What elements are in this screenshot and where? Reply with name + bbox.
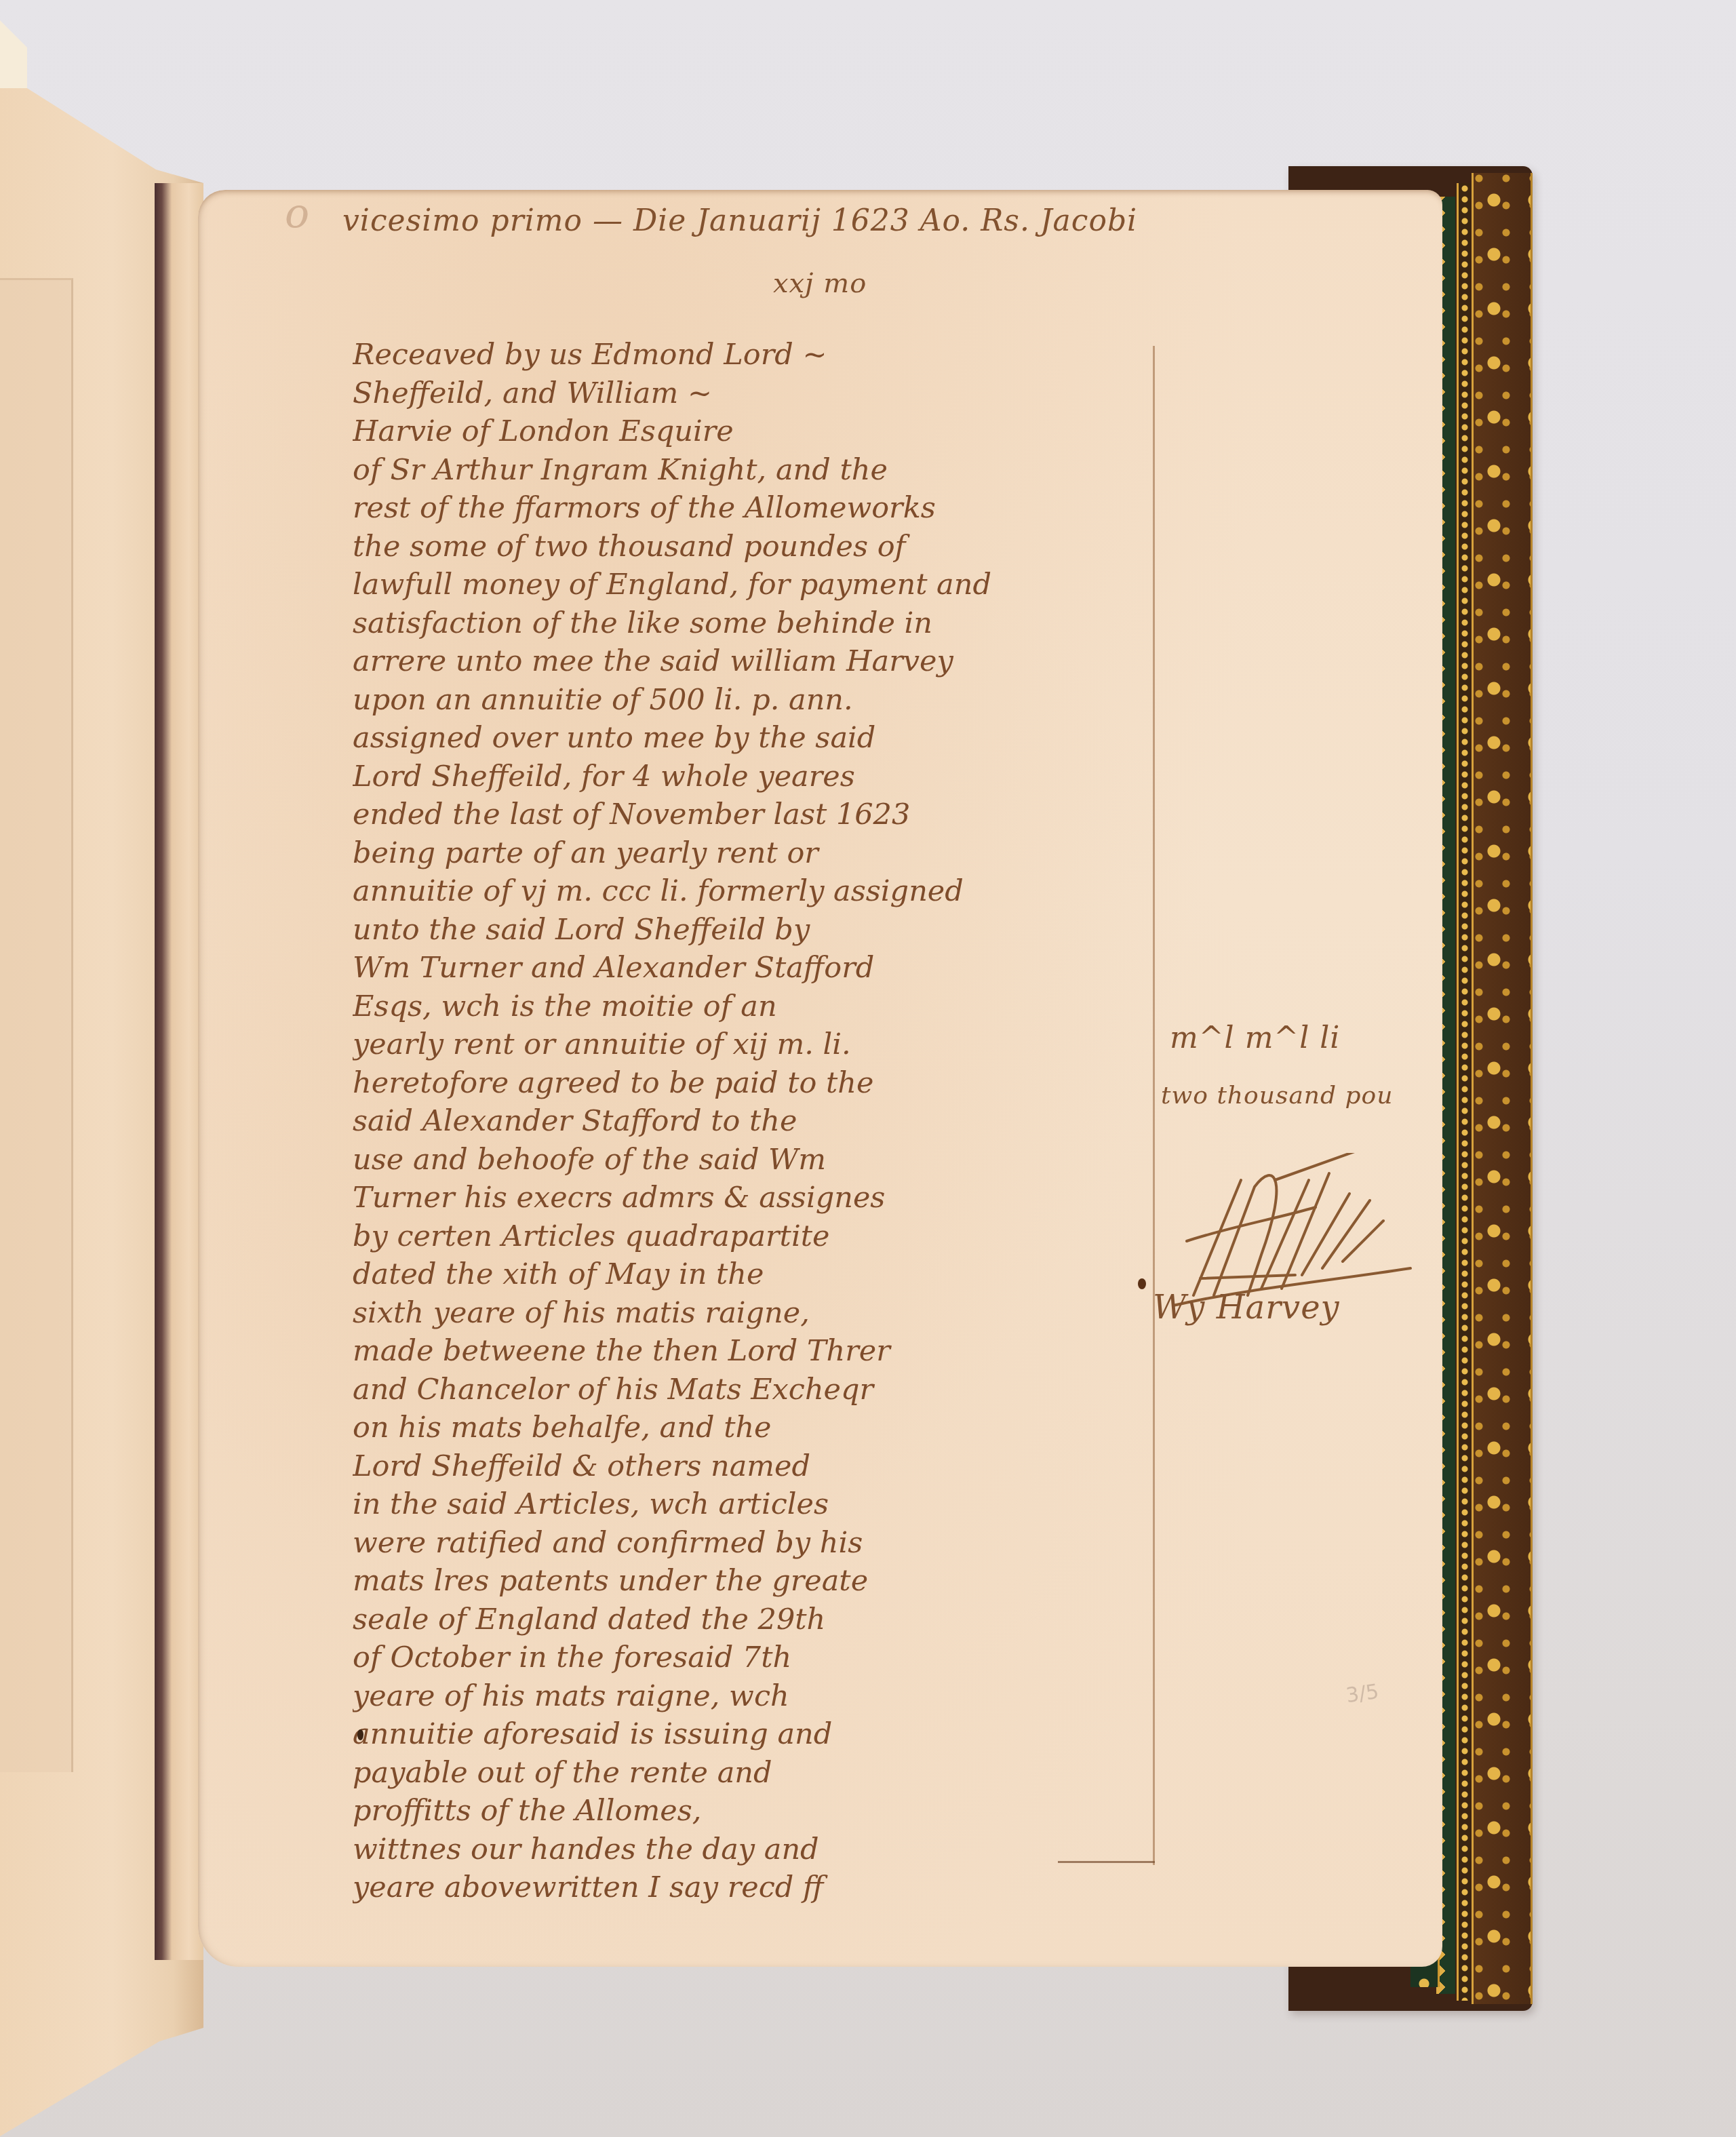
manuscript-line: Wm Turner and Alexander Stafford [353, 949, 1139, 987]
manuscript-line: proffitts of the Allomes, [353, 1792, 1139, 1830]
gilt-beaded-fillet [1457, 183, 1471, 2001]
manuscript-line: being parte of an yearly rent or [353, 834, 1139, 873]
ruled-margin-line [1153, 346, 1155, 1865]
ink-blot [357, 1729, 363, 1740]
manuscript-line: on his mats behalfe, and the [353, 1409, 1139, 1447]
manuscript-line: sixth yeare of his matis raigne, [353, 1294, 1139, 1333]
manuscript-line: made betweene the then Lord Threr [353, 1332, 1139, 1371]
manuscript-line: yearly rent or annuitie of xij m. li. [353, 1025, 1139, 1064]
manuscript-line: yeare abovewritten I say recd ff [353, 1868, 1139, 1907]
manuscript-line: use and behoofe of the said Wm [353, 1141, 1139, 1179]
book-gutter [155, 183, 203, 1960]
manuscript-line: Lord Sheffeild & others named [353, 1447, 1139, 1486]
manuscript-line: Lord Sheffeild, for 4 whole yeares [353, 758, 1139, 796]
manuscript-line: wittnes our handes the day and [353, 1830, 1139, 1869]
manuscript-line: Sheffeild, and William ~ [353, 374, 1139, 413]
manuscript-line: heretofore agreed to be paid to the [353, 1064, 1139, 1103]
manuscript-line: ended the last of November last 1623 [353, 796, 1139, 834]
signature-flourish-icon [1146, 1153, 1417, 1309]
signature-harvey: Wy Harvey [1153, 1289, 1340, 1327]
manuscript-line: annuitie aforesaid is issuing and [353, 1715, 1139, 1754]
manuscript-line: yeare of his mats raigne, wch [353, 1677, 1139, 1716]
manuscript-line: of October in the foresaid 7th [353, 1639, 1139, 1677]
manuscript-line: Esqs, wch is the moitie of an [353, 987, 1139, 1026]
manuscript-line: upon an annuitie of 500 li. p. ann. [353, 681, 1139, 720]
signature-sheffeild [1146, 1153, 1417, 1309]
manuscript-line: and Chancelor of his Mats Excheqr [353, 1371, 1139, 1409]
manuscript-line: by certen Articles quadrapartite [353, 1217, 1139, 1256]
pencil-annotation: 3/5 [1345, 1680, 1381, 1708]
manuscript-line: said Alexander Stafford to the [353, 1102, 1139, 1141]
tissue-guard-plate [0, 278, 73, 1772]
manuscript-body: Receaved by us Edmond Lord ~ Sheffeild, … [353, 336, 1139, 1907]
manuscript-line: payable out of the rente and [353, 1754, 1139, 1792]
manuscript-line: dated the xith of May in the [353, 1255, 1139, 1294]
manuscript-line: of Sr Arthur Ingram Knight, and the [353, 451, 1139, 490]
margin-amount-words: two thousand pou [1161, 1082, 1393, 1110]
manuscript-line: assigned over unto mee by the said [353, 719, 1139, 758]
manuscript-line: the some of two thousand poundes of [353, 528, 1139, 566]
manuscript-line: satisfaction of the like some behinde in [353, 604, 1139, 643]
faint-corner-mark: o [285, 190, 310, 237]
manuscript-line: were ratified and confirmed by his [353, 1524, 1139, 1563]
manuscript-line: rest of the ffarmors of the Allomeworks [353, 489, 1139, 528]
manuscript-line: seale of England dated the 29th [353, 1601, 1139, 1639]
manuscript-line: arrere unto mee the said william Harvey [353, 642, 1139, 681]
manuscript-line: in the said Articles, wch articles [353, 1485, 1139, 1524]
manuscript-line: Harvie of London Esquire [353, 412, 1139, 451]
manuscript-line: Receaved by us Edmond Lord ~ [353, 336, 1139, 374]
manuscript-line: lawfull money of England, for payment an… [353, 566, 1139, 604]
manuscript-line: unto the said Lord Sheffeild by [353, 911, 1139, 949]
gilt-floral-border [1472, 173, 1533, 2004]
manuscript-date-header: vicesimo primo — Die Januarij 1623 Ao. R… [342, 203, 1137, 238]
manuscript-line: annuitie of vj m. ccc li. formerly assig… [353, 872, 1139, 911]
margin-amount-note: m^l m^l li [1170, 1021, 1340, 1055]
manuscript-line: Turner his execrs admrs & assignes [353, 1179, 1139, 1217]
manuscript-line: mats lres patents under the greate [353, 1562, 1139, 1601]
ink-dot [1138, 1278, 1146, 1289]
manuscript-regnal-year: xxj mo [773, 268, 867, 299]
